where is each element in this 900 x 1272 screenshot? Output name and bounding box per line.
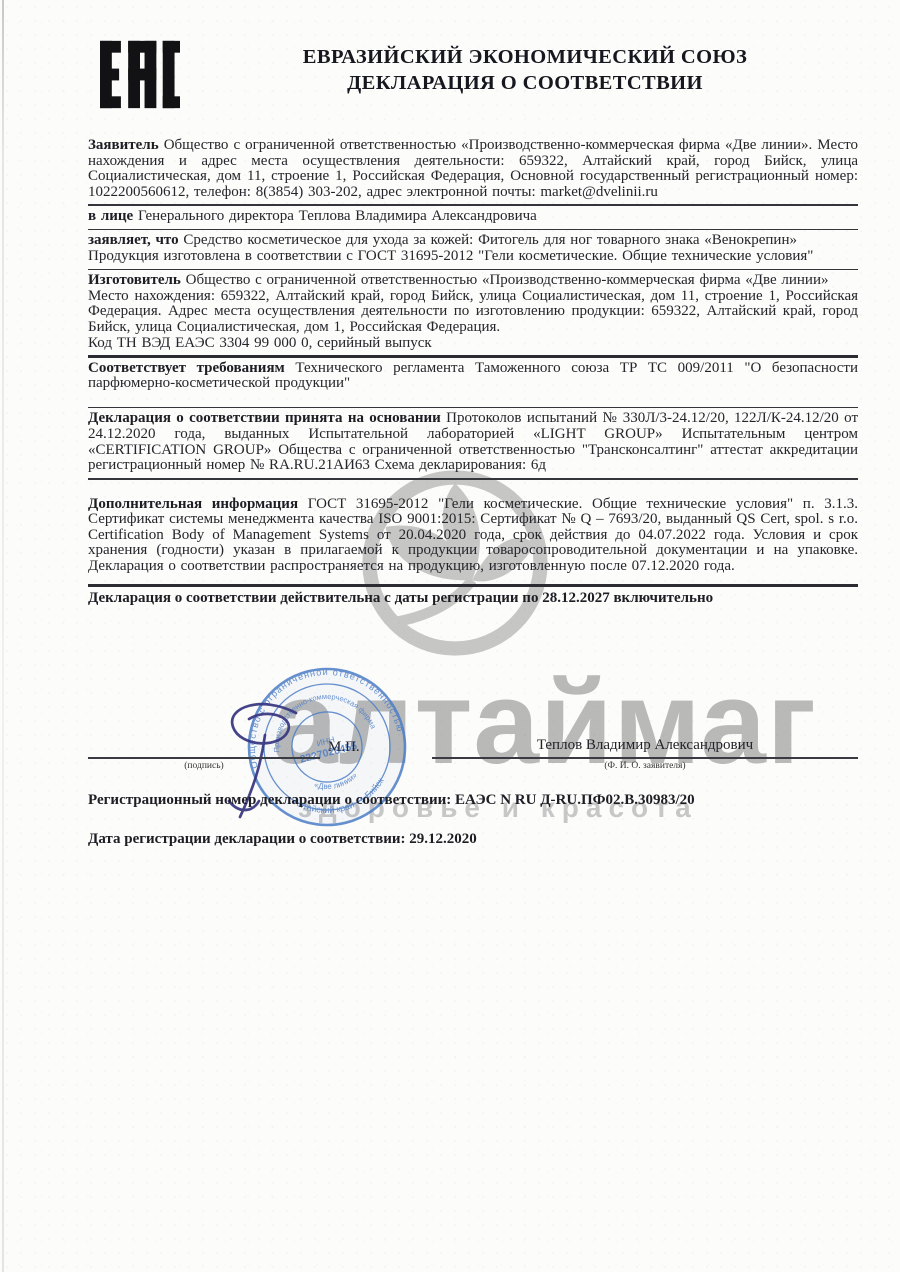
title-line-2: ДЕКЛАРАЦИЯ О СООТВЕТСТВИИ	[190, 70, 860, 96]
registration-number-line: Регистрационный номер декларации о соотв…	[88, 792, 858, 809]
manufacturer-lead: Изготовитель	[88, 272, 181, 288]
name-line	[432, 757, 858, 759]
signature-caption: (подпись)	[88, 761, 320, 771]
section-basis: Декларация о соответствии принята на осн…	[88, 411, 858, 473]
section-manufacturer-code: Код ТН ВЭД ЕАЭС 3304 99 000 0, серийный …	[88, 336, 858, 352]
section-divider	[88, 355, 858, 357]
seal-place-label: М.П.	[328, 739, 360, 756]
section-complies: Соответствует требованиям Технического р…	[88, 361, 858, 392]
additional-info-lead: Дополнительная информация	[88, 496, 298, 512]
registration-date-line: Дата регистрации декларации о соответств…	[88, 831, 858, 848]
section-represented-by: в лице Генерального директора Теплова Вл…	[88, 209, 858, 225]
signature-line	[88, 757, 320, 759]
manufacturer-text: Общество с ограниченной ответственностью…	[186, 272, 829, 288]
name-caption: (Ф. И. О. заявителя)	[432, 761, 858, 771]
stamp-outer-top-text: Общество с ограниченной ответственностью	[230, 650, 406, 770]
declaration-document-page: ЕВРАЗИЙСКИЙ ЭКОНОМИЧЕСКИЙ СОЮЗ ДЕКЛАРАЦИ…	[0, 0, 900, 1272]
section-divider	[88, 229, 858, 231]
svg-text:Общество с ограниченной ответс: Общество с ограниченной ответственностью	[230, 650, 406, 770]
company-stamp-icon: Общество с ограниченной ответственностью…	[218, 638, 436, 856]
declares-gost-text: Продукция изготовлена в соответствии с Г…	[88, 248, 813, 264]
stamp-inner-top-text: Производственно-коммерческая фирма	[261, 680, 379, 755]
declares-text: Средство косметическое для ухода за коже…	[183, 232, 797, 248]
complies-lead: Соответствует требованиям	[88, 360, 285, 376]
section-divider	[88, 407, 858, 409]
basis-lead: Декларация о соответствии принята на осн…	[88, 410, 441, 426]
document-title: ЕВРАЗИЙСКИЙ ЭКОНОМИЧЕСКИЙ СОЮЗ ДЕКЛАРАЦИ…	[190, 44, 860, 96]
represented-by-lead: в лице	[88, 208, 133, 224]
section-divider	[88, 269, 858, 271]
applicant-lead: Заявитель	[88, 137, 159, 153]
validity-line: Декларация о соответствии действительна …	[88, 590, 858, 607]
scan-edge-artifact	[2, 0, 4, 1272]
section-manufacturer: Изготовитель Общество с ограниченной отв…	[88, 273, 858, 289]
section-additional-info: Дополнительная информация ГОСТ 31695-201…	[88, 497, 858, 575]
section-divider	[88, 478, 858, 480]
manufacturer-code-line: Код ТН ВЭД ЕАЭС 3304 99 000 0, серийный …	[88, 335, 432, 351]
section-applicant: Заявитель Общество с ограниченной ответс…	[88, 138, 858, 200]
signatory-name: Теплов Владимир Александрович	[432, 737, 858, 754]
applicant-text: Общество с ограниченной ответственностью…	[88, 137, 858, 200]
title-line-1: ЕВРАЗИЙСКИЙ ЭКОНОМИЧЕСКИЙ СОЮЗ	[190, 44, 860, 70]
section-declares: заявляет, что Средство косметическое для…	[88, 233, 858, 249]
represented-by-text: Генерального директора Теплова Владимира…	[138, 208, 537, 224]
section-divider	[88, 204, 858, 206]
section-divider	[88, 584, 858, 586]
document-body: Заявитель Общество с ограниченной ответс…	[88, 138, 858, 607]
eac-logo-icon	[100, 38, 180, 111]
section-manufacturer-address: Место нахождения: 659322, Алтайский край…	[88, 289, 858, 336]
section-declares-gost: Продукция изготовлена в соответствии с Г…	[88, 249, 858, 265]
manufacturer-address: Место нахождения: 659322, Алтайский край…	[88, 288, 858, 335]
declares-lead: заявляет, что	[88, 232, 179, 248]
svg-text:Производственно-коммерческая ф: Производственно-коммерческая фирма	[261, 680, 379, 755]
